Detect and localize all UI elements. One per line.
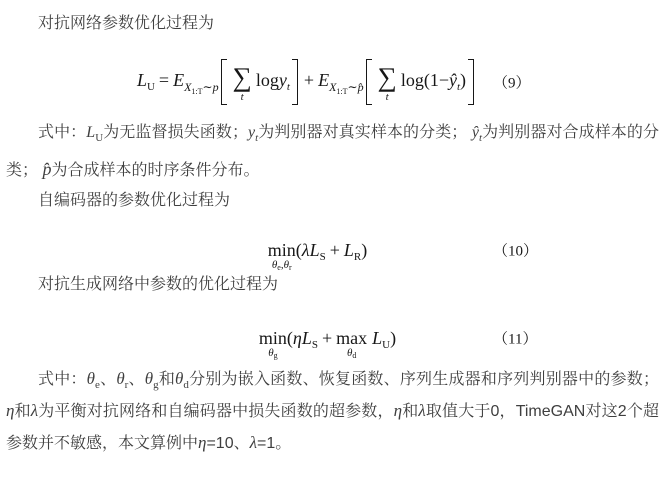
- paragraph-text: 对抗生成网络中参数的优化过程为: [38, 276, 278, 293]
- sub-t: t: [287, 81, 290, 93]
- equation-10-formula: minθe,θr(λLS+LR): [268, 240, 367, 261]
- var-p: p: [213, 80, 219, 94]
- min-label: min: [259, 328, 287, 348]
- equation-11: minθg(ηLS+maxθdLU) （11）: [6, 313, 659, 363]
- plus-sign: +: [330, 240, 340, 260]
- paragraph-intro-autoencoder: 自编码器的参数优化过程为: [6, 189, 659, 213]
- var-theta: θ: [116, 369, 124, 388]
- paren-right: ): [460, 70, 466, 90]
- plus-sign: +: [322, 328, 332, 348]
- sub-d: d: [352, 351, 356, 360]
- paragraph-text: 和: [159, 371, 175, 388]
- tilde-operator: ∼: [203, 80, 213, 94]
- paren-right: ): [361, 240, 367, 260]
- paragraph-symbols-2: 式中：θe、θr、θg和θd分别为嵌入函数、恢复函数、序列生成器和序列判别器中的…: [6, 363, 659, 459]
- plus-sign: +: [304, 70, 314, 90]
- paragraph-text: 和: [402, 403, 418, 420]
- paragraph-text: 为平衡对抗网络和自编码器中损失函数的超参数，: [38, 403, 393, 420]
- paragraph-text: 、: [100, 371, 116, 388]
- equation-number: （11）: [493, 328, 537, 349]
- equals-sign: =: [159, 70, 169, 90]
- index-range: 1:T: [191, 87, 202, 96]
- min-limits: θg: [268, 347, 277, 359]
- paragraph-text: 为判别器对真实样本的分类；: [258, 124, 472, 141]
- paragraph-text: 式中：: [38, 124, 86, 141]
- sigma-symbol: ∑: [233, 62, 252, 92]
- sub-g: g: [274, 351, 278, 360]
- sub-U: U: [147, 81, 155, 93]
- paragraph-text: =1。: [257, 435, 291, 452]
- paragraph-text: =10、: [206, 435, 249, 452]
- log-operator: log: [256, 70, 279, 90]
- summation-index: t: [241, 92, 244, 103]
- sigma-symbol: ∑: [378, 62, 397, 92]
- min-limits: θe,θr: [272, 259, 292, 271]
- var-L: L: [310, 240, 320, 260]
- equation-10: minθe,θr(λLS+LR) （10）: [6, 227, 659, 273]
- tilde-operator: ∼: [348, 80, 358, 94]
- equation-9: LU=EX1:T∼p∑tlogyt+EX1:T∼p̂∑tlog(1−ŷt) （9…: [6, 50, 659, 114]
- paragraph-text: 自编码器的参数优化过程为: [38, 192, 230, 209]
- var-L: L: [344, 240, 354, 260]
- expectation-subscript: X1:T∼p̂: [329, 80, 364, 94]
- summation: ∑t: [378, 60, 397, 94]
- sub-S: S: [312, 339, 318, 351]
- paragraph-text: 式中：: [38, 371, 87, 388]
- sub-S: S: [320, 251, 326, 263]
- bracket-right: [292, 59, 298, 105]
- var-p-hat: p̂: [358, 80, 364, 94]
- paragraph-text: 为无监督损失函数；: [103, 124, 248, 141]
- var-y: y: [248, 124, 255, 141]
- var-lambda: λ: [302, 240, 310, 260]
- var-theta: θ: [87, 369, 95, 388]
- var-eta: η: [293, 328, 302, 348]
- equation-11-formula: minθg(ηLS+maxθdLU): [259, 328, 396, 349]
- paragraph-intro-gan: 对抗网络参数优化过程为: [6, 12, 659, 36]
- paragraph-text: 、: [128, 371, 144, 388]
- paragraph-text: 为合成样本的时序条件分布。: [51, 162, 259, 179]
- var-y: y: [279, 70, 287, 90]
- sub-r: r: [289, 263, 292, 272]
- min-operator: minθg: [259, 328, 287, 349]
- bracket-right: [468, 59, 474, 105]
- index-range: 1:T: [336, 87, 347, 96]
- var-E: E: [173, 70, 184, 90]
- var-eta: η: [394, 401, 402, 420]
- equation-number: （9）: [493, 72, 531, 93]
- max-label: max: [336, 328, 367, 348]
- paragraph-intro-generator: 对抗生成网络中参数的优化过程为: [6, 273, 659, 297]
- var-y-hat: ŷ: [449, 70, 457, 90]
- paragraph-text: 对抗网络参数优化过程为: [38, 15, 214, 32]
- var-y-hat: ŷ: [472, 124, 479, 141]
- var-lambda: λ: [418, 401, 425, 420]
- paragraph-text: 分别为嵌入函数、恢复函数、序列生成器和序列判别器中的参数；: [189, 371, 659, 388]
- summation: ∑t: [233, 60, 252, 94]
- sub-U: U: [95, 132, 103, 144]
- max-operator: maxθd: [336, 328, 367, 349]
- var-L: L: [372, 328, 382, 348]
- equation-9-formula: LU=EX1:T∼p∑tlogyt+EX1:T∼p̂∑tlog(1−ŷt): [137, 59, 476, 105]
- sub-U: U: [382, 339, 390, 351]
- var-L: L: [86, 124, 95, 141]
- max-limits: θd: [347, 347, 356, 359]
- paragraph-text: 和: [14, 403, 30, 420]
- equation-number: （10）: [493, 240, 538, 261]
- summation-index: t: [386, 92, 389, 103]
- var-theta: θ: [145, 369, 153, 388]
- min-label: min: [268, 240, 296, 260]
- expectation-subscript: X1:T∼p: [184, 80, 219, 94]
- bracket-left: [366, 59, 372, 105]
- paragraph-symbols-1: 式中：LU为无监督损失函数；yt为判别器对真实样本的分类； ŷt为判别器对合成样…: [6, 114, 659, 189]
- var-E: E: [318, 70, 329, 90]
- document-page: 对抗网络参数优化过程为 LU=EX1:T∼p∑tlogyt+EX1:T∼p̂∑t…: [0, 0, 665, 459]
- var-lambda: λ: [250, 433, 257, 452]
- min-operator: minθe,θr: [268, 240, 296, 261]
- paren-right: ): [390, 328, 396, 348]
- log-operator: log(1−: [401, 70, 449, 90]
- var-L: L: [137, 70, 147, 90]
- var-L: L: [302, 328, 312, 348]
- bracket-left: [221, 59, 227, 105]
